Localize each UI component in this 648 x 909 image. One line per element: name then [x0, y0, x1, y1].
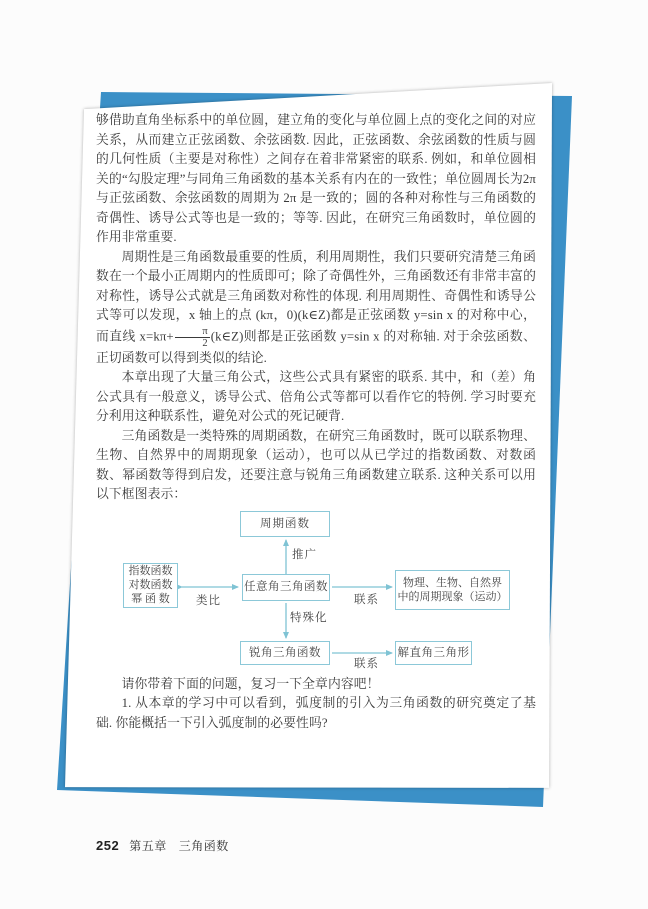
paragraph-connections: 三角函数是一类特殊的周期函数，在研究三角函数时，既可以联系物理、生物、自然界中的… — [96, 427, 536, 505]
page-number: 252 — [96, 838, 119, 853]
fraction-numerator: π — [175, 326, 210, 337]
fraction-denominator: 2 — [175, 337, 210, 349]
exp-function-line: 指数函数 — [129, 564, 173, 578]
diagram-box-acute-angle-trig: 锐角三角函数 — [240, 641, 330, 665]
page-content: 够借助直角坐标系中的单位圆，建立角的变化与单位圆上点的变化之间的对应关系，从而建… — [96, 111, 536, 733]
diagram-box-arbitrary-angle-trig: 任意角三角函数 — [242, 574, 330, 601]
concept-diagram: 周期函数 指数函数 对数函数 幂 函 数 任意角三角函数 物理、生物、自然界 中… — [96, 508, 536, 671]
paragraph-question-1: 1. 从本章的学习中可以看到，弧度制的引入为三角函数的研究奠定了基础. 你能概括… — [96, 694, 536, 733]
diagram-box-solve-right-triangle: 解直角三角形 — [395, 641, 472, 665]
label-relate-bottom: 联系 — [354, 655, 379, 675]
physics-line-2: 中的周期现象（运动） — [398, 590, 508, 604]
fraction-pi-over-2: π2 — [175, 326, 210, 349]
physics-line-1: 物理、生物、自然界 — [403, 576, 502, 590]
label-relate-top: 联系 — [354, 591, 379, 611]
page-footer: 252第五章三角函数 — [96, 837, 229, 854]
paragraph-review-prompt: 请你带着下面的问题，复习一下全章内容吧！ — [96, 675, 536, 695]
log-function-line: 对数函数 — [129, 578, 173, 592]
page-wrap: 够借助直角坐标系中的单位圆，建立角的变化与单位圆上点的变化之间的对应关系，从而建… — [0, 0, 648, 909]
diagram-box-periodic-phenomena: 物理、生物、自然界 中的周期现象（运动） — [395, 570, 510, 610]
label-analogy: 类比 — [196, 592, 221, 612]
paragraph-formulas: 本章出现了大量三角公式，这些公式具有紧密的联系. 其中，和（差）角公式具有一般意… — [96, 368, 536, 427]
paragraph-unit-circle: 够借助直角坐标系中的单位圆，建立角的变化与单位圆上点的变化之间的对应关系，从而建… — [96, 111, 536, 248]
label-generalize: 推广 — [292, 546, 317, 566]
label-specialize: 特殊化 — [290, 609, 328, 629]
diagram-box-exp-log-power: 指数函数 对数函数 幂 函 数 — [123, 563, 178, 608]
chapter-title: 三角函数 — [179, 839, 229, 853]
chapter-label: 第五章 — [129, 839, 167, 853]
paragraph-periodicity: 周期性是三角函数最重要的性质，利用周期性，我们只要研究清楚三角函数在一个最小正周… — [96, 248, 536, 369]
power-function-line: 幂 函 数 — [131, 592, 170, 606]
diagram-box-periodic-function: 周期函数 — [240, 511, 330, 537]
textbook-page: 够借助直角坐标系中的单位圆，建立角的变化与单位圆上点的变化之间的对应关系，从而建… — [65, 83, 553, 790]
